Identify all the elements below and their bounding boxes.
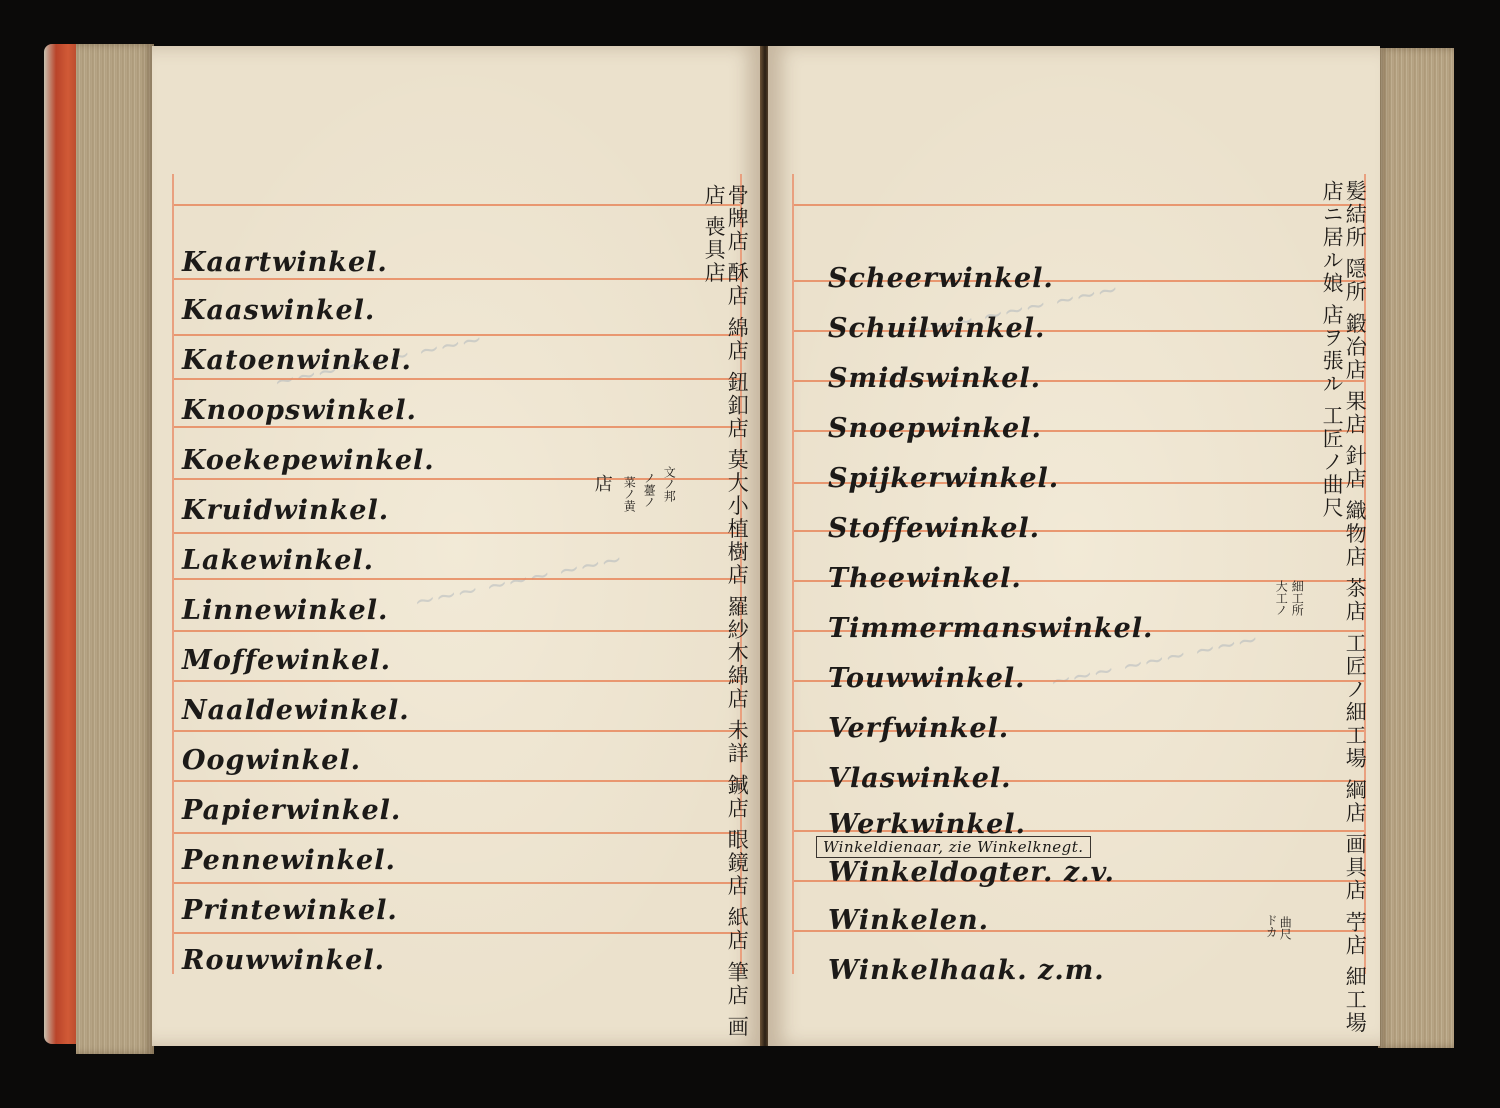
- gloss-text: 眼鏡店: [725, 829, 749, 898]
- dutch-entry: Kaaswinkel.: [182, 292, 375, 330]
- dutch-entry-list: Kaartwinkel. Kaaswinkel. Katoenwinkel. K…: [152, 46, 762, 1046]
- japanese-note: ノ薹ノ: [642, 472, 655, 508]
- japanese-note: 菜ノ黄: [622, 476, 635, 512]
- gloss-text: 細工場: [1343, 966, 1367, 1035]
- gloss-text: 苧店: [1343, 911, 1367, 957]
- japanese-note: 大工ノ: [1274, 580, 1287, 616]
- gloss-text: 画具店: [1343, 833, 1367, 902]
- dutch-entry: Schuilwinkel.: [828, 310, 1045, 348]
- dutch-entry: Katoenwinkel.: [182, 342, 412, 380]
- gloss-text: 筆店: [725, 961, 749, 1007]
- dutch-entry: Koekepewinkel.: [182, 442, 435, 480]
- gloss-text: 店ヲ張ル: [1320, 304, 1344, 396]
- japanese-note: ドカ: [1264, 914, 1277, 938]
- right-page: ~~~ ~~~ ~~~ ~~~ ~~~ ~~~ Scheerwinkel. Sc…: [768, 46, 1380, 1046]
- japanese-gloss: 骨牌店 酥店 綿店 鈕釦店 莫大小植樹店 羅紗木綿店 未詳 鍼店 眼鏡店 紙店 …: [702, 184, 748, 1046]
- gloss-text: 隠所: [1343, 258, 1367, 304]
- dutch-entry: Timmermanswinkel.: [828, 610, 1153, 648]
- dutch-entry: Scheerwinkel.: [828, 260, 1054, 298]
- gloss-text: 鈕釦店: [725, 371, 749, 440]
- dutch-entry: Theewinkel.: [828, 560, 1022, 598]
- dutch-entry: Winkelhaak. z.m.: [828, 952, 1105, 990]
- dutch-entry: Verfwinkel.: [828, 710, 1009, 748]
- gloss-text: 綿店: [725, 316, 749, 362]
- japanese-gloss: 髪結所 隠所 鍛冶店 果店 針店 織物店 茶店 工匠ノ細工場 綱店 画具店 苧店…: [1320, 180, 1366, 1046]
- gloss-text: 紙店: [725, 906, 749, 952]
- dutch-entry: Kaartwinkel.: [182, 244, 388, 282]
- dutch-entry: Spijkerwinkel.: [828, 460, 1059, 498]
- dutch-entry: Knoopswinkel.: [182, 392, 417, 430]
- dutch-entry: Naaldewinkel.: [182, 692, 410, 730]
- dutch-entry: Pennewinkel.: [182, 842, 396, 880]
- japanese-note: 文ノ邦: [662, 466, 675, 502]
- gloss-text: 莫大小植樹店: [725, 449, 749, 587]
- dutch-entry: Linnewinkel.: [182, 592, 388, 630]
- left-fore-edge: [76, 44, 154, 1054]
- gloss-text: 喪具店: [702, 216, 726, 285]
- dutch-entry: Winkeldogter. z.v.: [828, 854, 1115, 892]
- gloss-text: 針店: [1343, 445, 1367, 491]
- dutch-entry: Touwwinkel.: [828, 660, 1026, 698]
- dutch-entry: Lakewinkel.: [182, 542, 374, 580]
- gloss-text: 果店: [1343, 390, 1367, 436]
- gloss-text: 髪結所: [1343, 180, 1367, 249]
- dutch-entry: Vlaswinkel.: [828, 760, 1012, 798]
- dutch-entry: Stoffewinkel.: [828, 510, 1040, 548]
- right-fore-edge: [1378, 48, 1454, 1048]
- gloss-text: 織物店: [1343, 499, 1367, 568]
- gloss-text: 羅紗木綿店: [725, 595, 749, 710]
- japanese-note: 曲尺: [1278, 916, 1291, 940]
- japanese-note: 店: [592, 474, 612, 494]
- left-page: ~~~ ~~~ ~~~ ~~~ ~~~ ~~~ Kaartwinkel. Kaa…: [152, 46, 762, 1046]
- japanese-note: 細工所: [1290, 580, 1303, 616]
- gloss-text: 茶店: [1343, 577, 1367, 623]
- gloss-text: 綱店: [1343, 779, 1367, 825]
- dutch-entry: Kruidwinkel.: [182, 492, 389, 530]
- gloss-text: 鍼店: [725, 774, 749, 820]
- dutch-entry: Printewinkel.: [182, 892, 398, 930]
- gloss-text: 店ニ居ル娘: [1320, 180, 1344, 295]
- dutch-entry: Winkelen.: [828, 902, 989, 940]
- gloss-text: 鍛冶店: [1343, 312, 1367, 381]
- gloss-text: 酥店: [725, 262, 749, 308]
- dutch-entry-list: Scheerwinkel. Schuilwinkel. Smidswinkel.…: [768, 46, 1380, 1046]
- gloss-text: 工匠ノ細工場: [1343, 632, 1367, 770]
- gloss-text: 未詳: [725, 719, 749, 765]
- gloss-text: 骨牌店: [725, 184, 749, 253]
- gloss-text: 工匠ノ曲尺: [1320, 404, 1344, 519]
- dutch-entry: Smidswinkel.: [828, 360, 1041, 398]
- dutch-entry: Rouwwinkel.: [182, 942, 385, 980]
- dutch-entry: Oogwinkel.: [182, 742, 361, 780]
- dutch-entry: Snoepwinkel.: [828, 410, 1042, 448]
- open-book: ~~~ ~~~ ~~~ ~~~ ~~~ ~~~ Kaartwinkel. Kaa…: [0, 0, 1500, 1108]
- dutch-entry: Papierwinkel.: [182, 792, 401, 830]
- dutch-entry: Moffewinkel.: [182, 642, 391, 680]
